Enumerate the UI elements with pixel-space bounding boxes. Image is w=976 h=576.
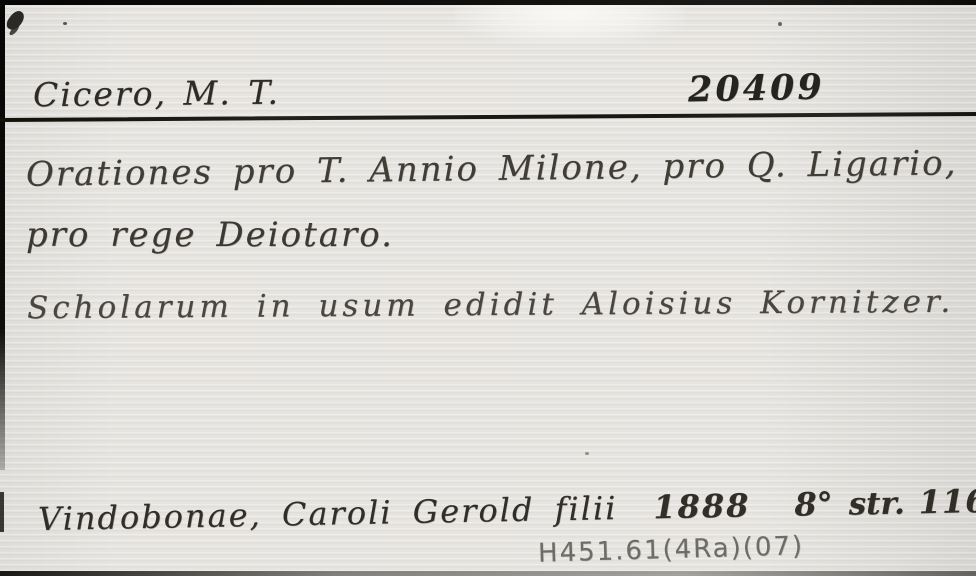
- paper-speck: [585, 452, 589, 455]
- author-heading: Cicero, M. T.: [33, 73, 280, 115]
- editor-line: Scholarum in usum edidit Aloisius Kornit…: [27, 284, 954, 326]
- paper-tear-highlight: [455, 0, 685, 48]
- scan-edge-top: [0, 0, 976, 5]
- scan-edge-bottom: [0, 571, 976, 576]
- scan-edge-left-lower: [0, 492, 4, 532]
- place-publisher: Vindobonae, Caroli Gerold filii: [38, 489, 618, 538]
- book-format: 8°: [794, 485, 833, 524]
- paper-speck: [778, 22, 782, 26]
- title-line-2: pro rege Deiotaro.: [26, 215, 394, 255]
- pages-abbrev: str.: [848, 485, 905, 522]
- header-rule: [0, 112, 976, 122]
- classification-pencil-note: H451.61(4Ra)(07): [538, 531, 805, 568]
- imprint-line: Vindobonae, Caroli Gerold filii 1888 8° …: [38, 482, 976, 538]
- title-line-1: Orationes pro T. Annio Milone, pro Q. Li…: [26, 143, 958, 194]
- pages-count: 116: [918, 482, 976, 521]
- scan-edge-left: [0, 0, 5, 470]
- paper-speck: [63, 22, 67, 25]
- publication-year: 1888: [653, 486, 751, 526]
- accession-number: 20409: [688, 67, 826, 111]
- catalog-card: Cicero, M. T. 20409 Orationes pro T. Ann…: [0, 0, 976, 576]
- ink-blot: [4, 8, 27, 33]
